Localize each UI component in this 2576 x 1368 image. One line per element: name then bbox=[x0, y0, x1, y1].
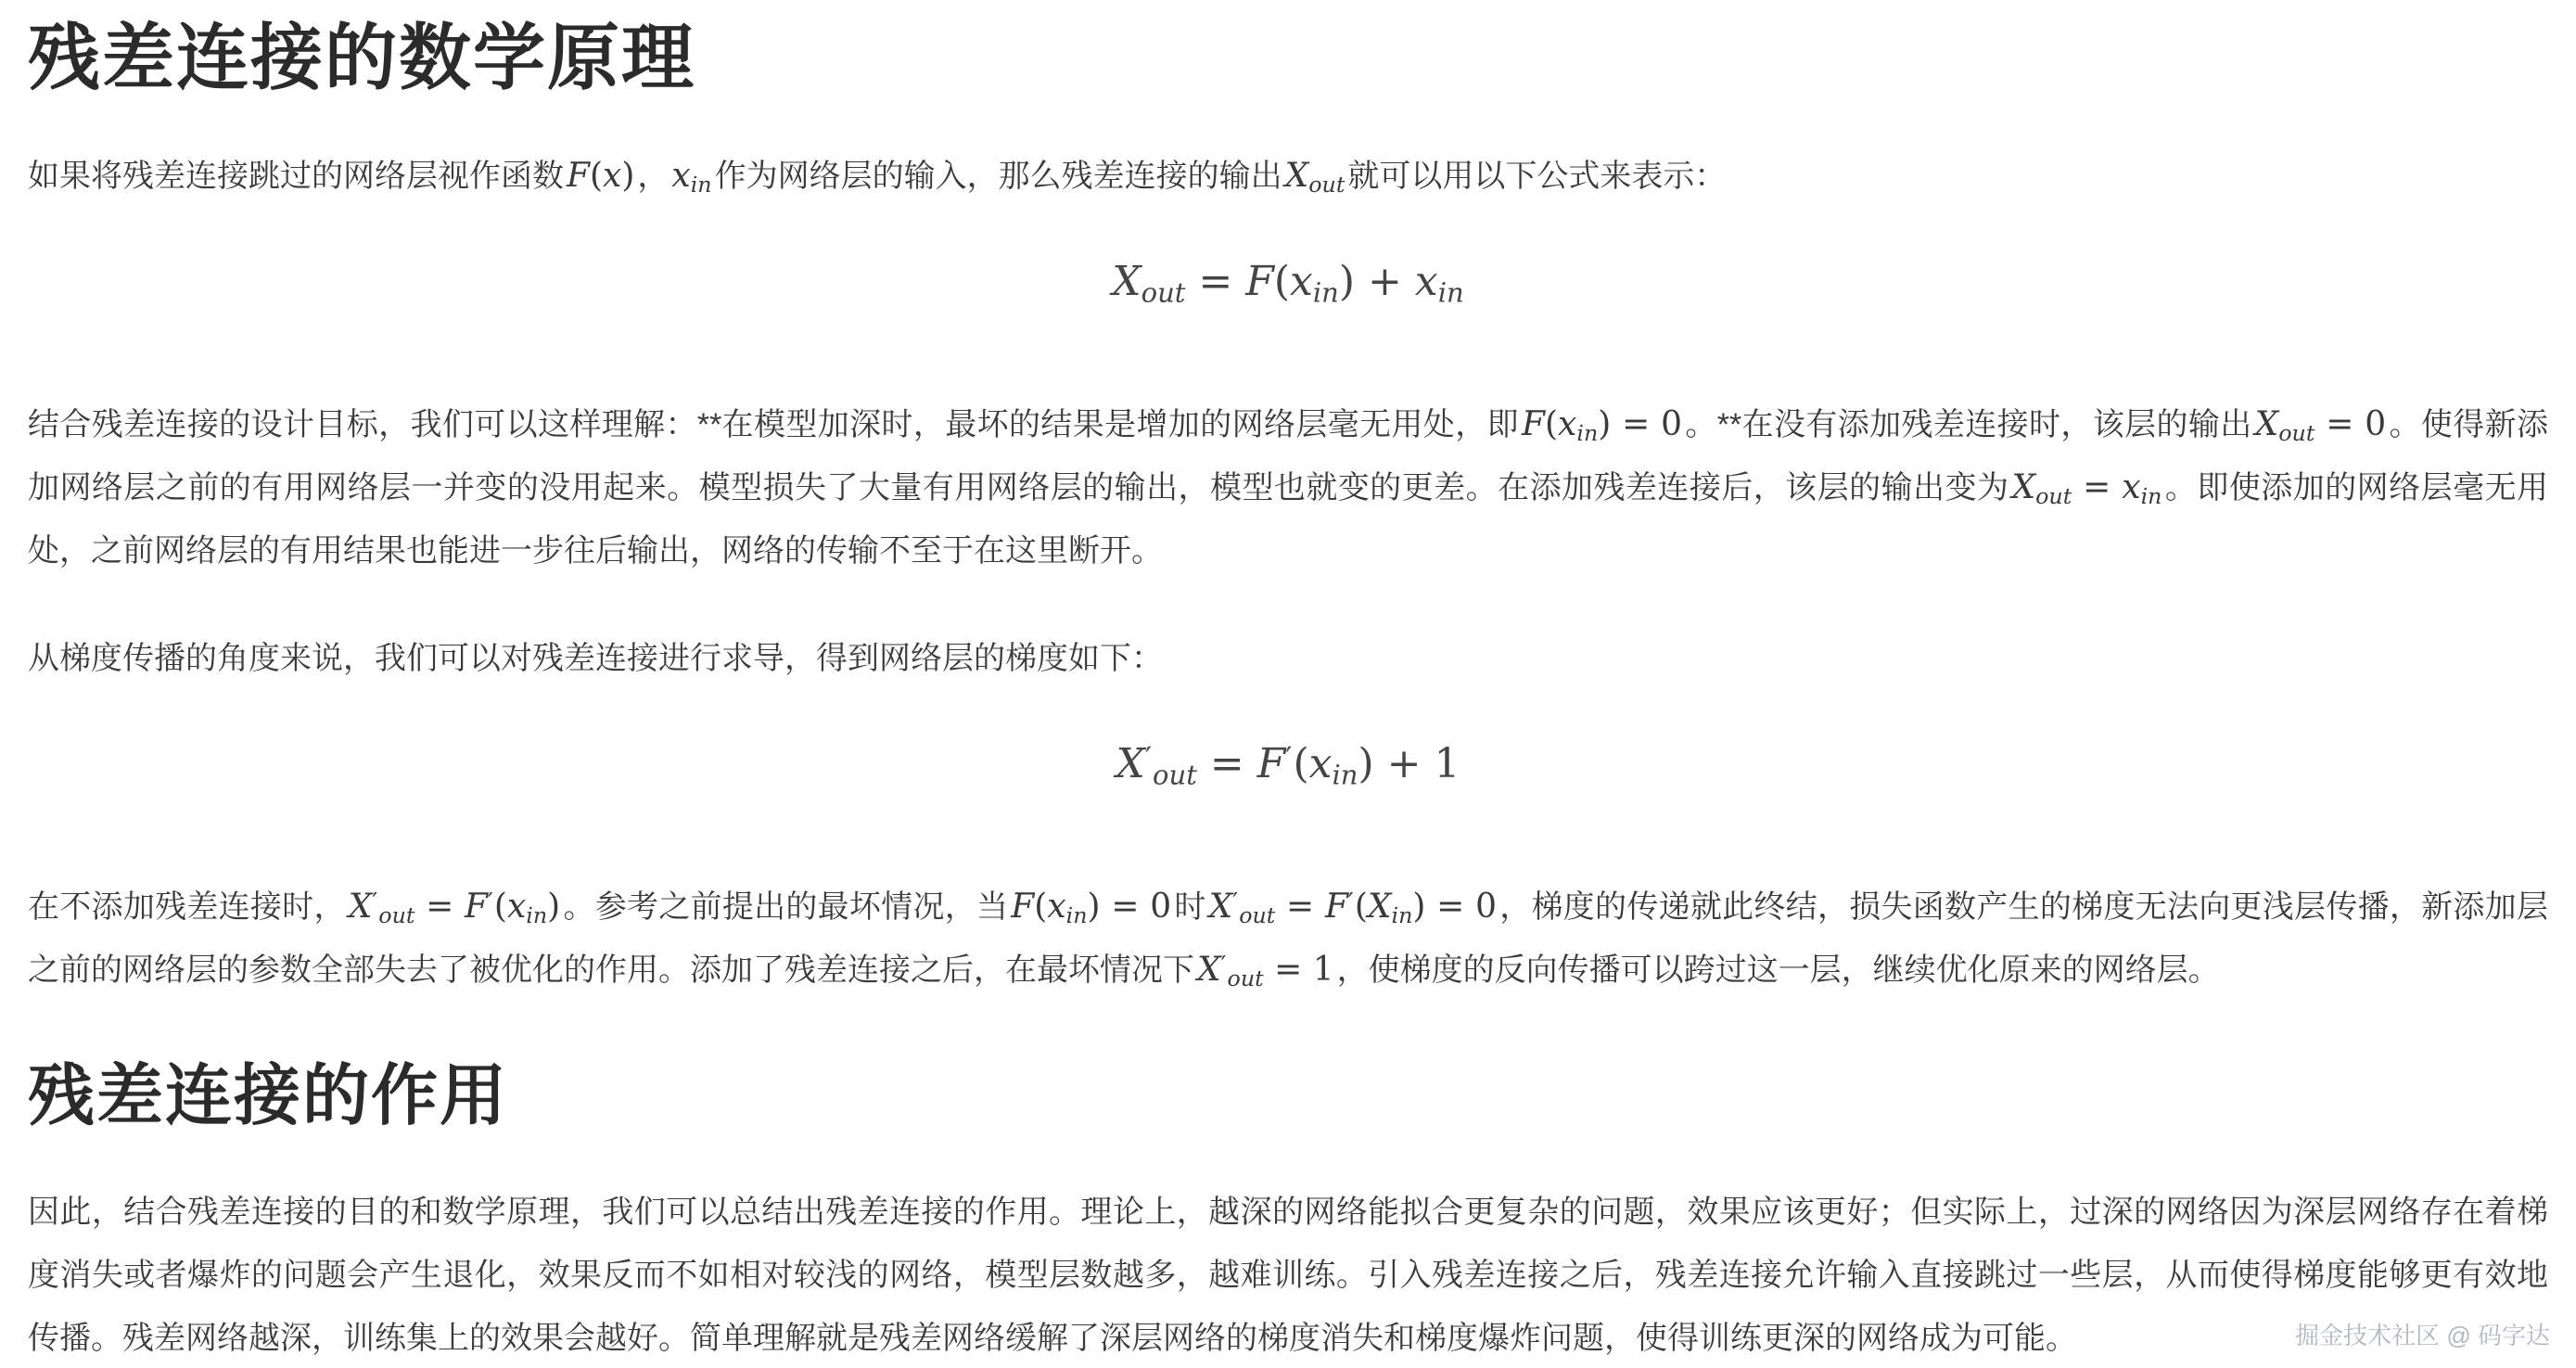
math-expression: X′out = F′(xin) + 1 bbox=[1116, 740, 1460, 787]
section-effect: 残差连接的作用 因此，结合残差连接的目的和数学原理，我们可以总结出残差连接的作用… bbox=[28, 1057, 2548, 1368]
math-expression: Xout = xin bbox=[2011, 468, 2162, 506]
math-expression: xin bbox=[671, 157, 711, 195]
section-body-effect: 因此，结合残差连接的目的和数学原理，我们可以总结出残差连接的作用。理论上，越深的… bbox=[28, 1181, 2548, 1368]
math-expression: X′out = 1 bbox=[1197, 951, 1334, 989]
math-expression: F(x) bbox=[567, 157, 634, 195]
section-heading-math-principle: 残差连接的数学原理 bbox=[28, 15, 2548, 100]
paragraph: 结合残差连接的设计目标，我们可以这样理解：**在模型加深时，最坏的结果是增加的网… bbox=[28, 393, 2548, 582]
paragraph: 如果将残差连接跳过的网络层视作函数F(x)，xin作为网络层的输入，那么残差连接… bbox=[28, 145, 2548, 208]
display-formula: Xout = F(xin) + xin bbox=[28, 254, 2548, 310]
math-expression: F(xin) = 0 bbox=[1011, 888, 1171, 926]
watermark: 掘金技术社区 @ 码字达 bbox=[2295, 1317, 2550, 1351]
section-body-math-principle: 如果将残差连接跳过的网络层视作函数F(x)，xin作为网络层的输入，那么残差连接… bbox=[28, 145, 2548, 1002]
display-formula: X′out = F′(xin) + 1 bbox=[28, 736, 2548, 792]
math-expression: F(xin) = 0 bbox=[1522, 405, 1682, 443]
math-expression: Xout bbox=[1285, 157, 1345, 195]
paragraph: 从梯度传播的角度来说，我们可以对残差连接进行求导，得到网络层的梯度如下： bbox=[28, 627, 2548, 690]
math-expression: X′out = F′(Xin) = 0 bbox=[1209, 888, 1497, 926]
section-math-principle: 残差连接的数学原理 如果将残差连接跳过的网络层视作函数F(x)，xin作为网络层… bbox=[28, 15, 2548, 1002]
math-expression: Xout = 0 bbox=[2255, 405, 2387, 443]
paragraph: 因此，结合残差连接的目的和数学原理，我们可以总结出残差连接的作用。理论上，越深的… bbox=[28, 1181, 2548, 1368]
section-heading-effect: 残差连接的作用 bbox=[28, 1057, 2548, 1136]
math-expression: Xout = F(xin) + xin bbox=[1112, 258, 1463, 305]
math-expression: X′out = F′(xin) bbox=[349, 888, 560, 926]
article-page: { "article": { "sections": [ { "heading"… bbox=[0, 0, 2576, 1368]
paragraph: 在不添加残差连接时，X′out = F′(xin)。参考之前提出的最坏情况，当F… bbox=[28, 876, 2548, 1002]
